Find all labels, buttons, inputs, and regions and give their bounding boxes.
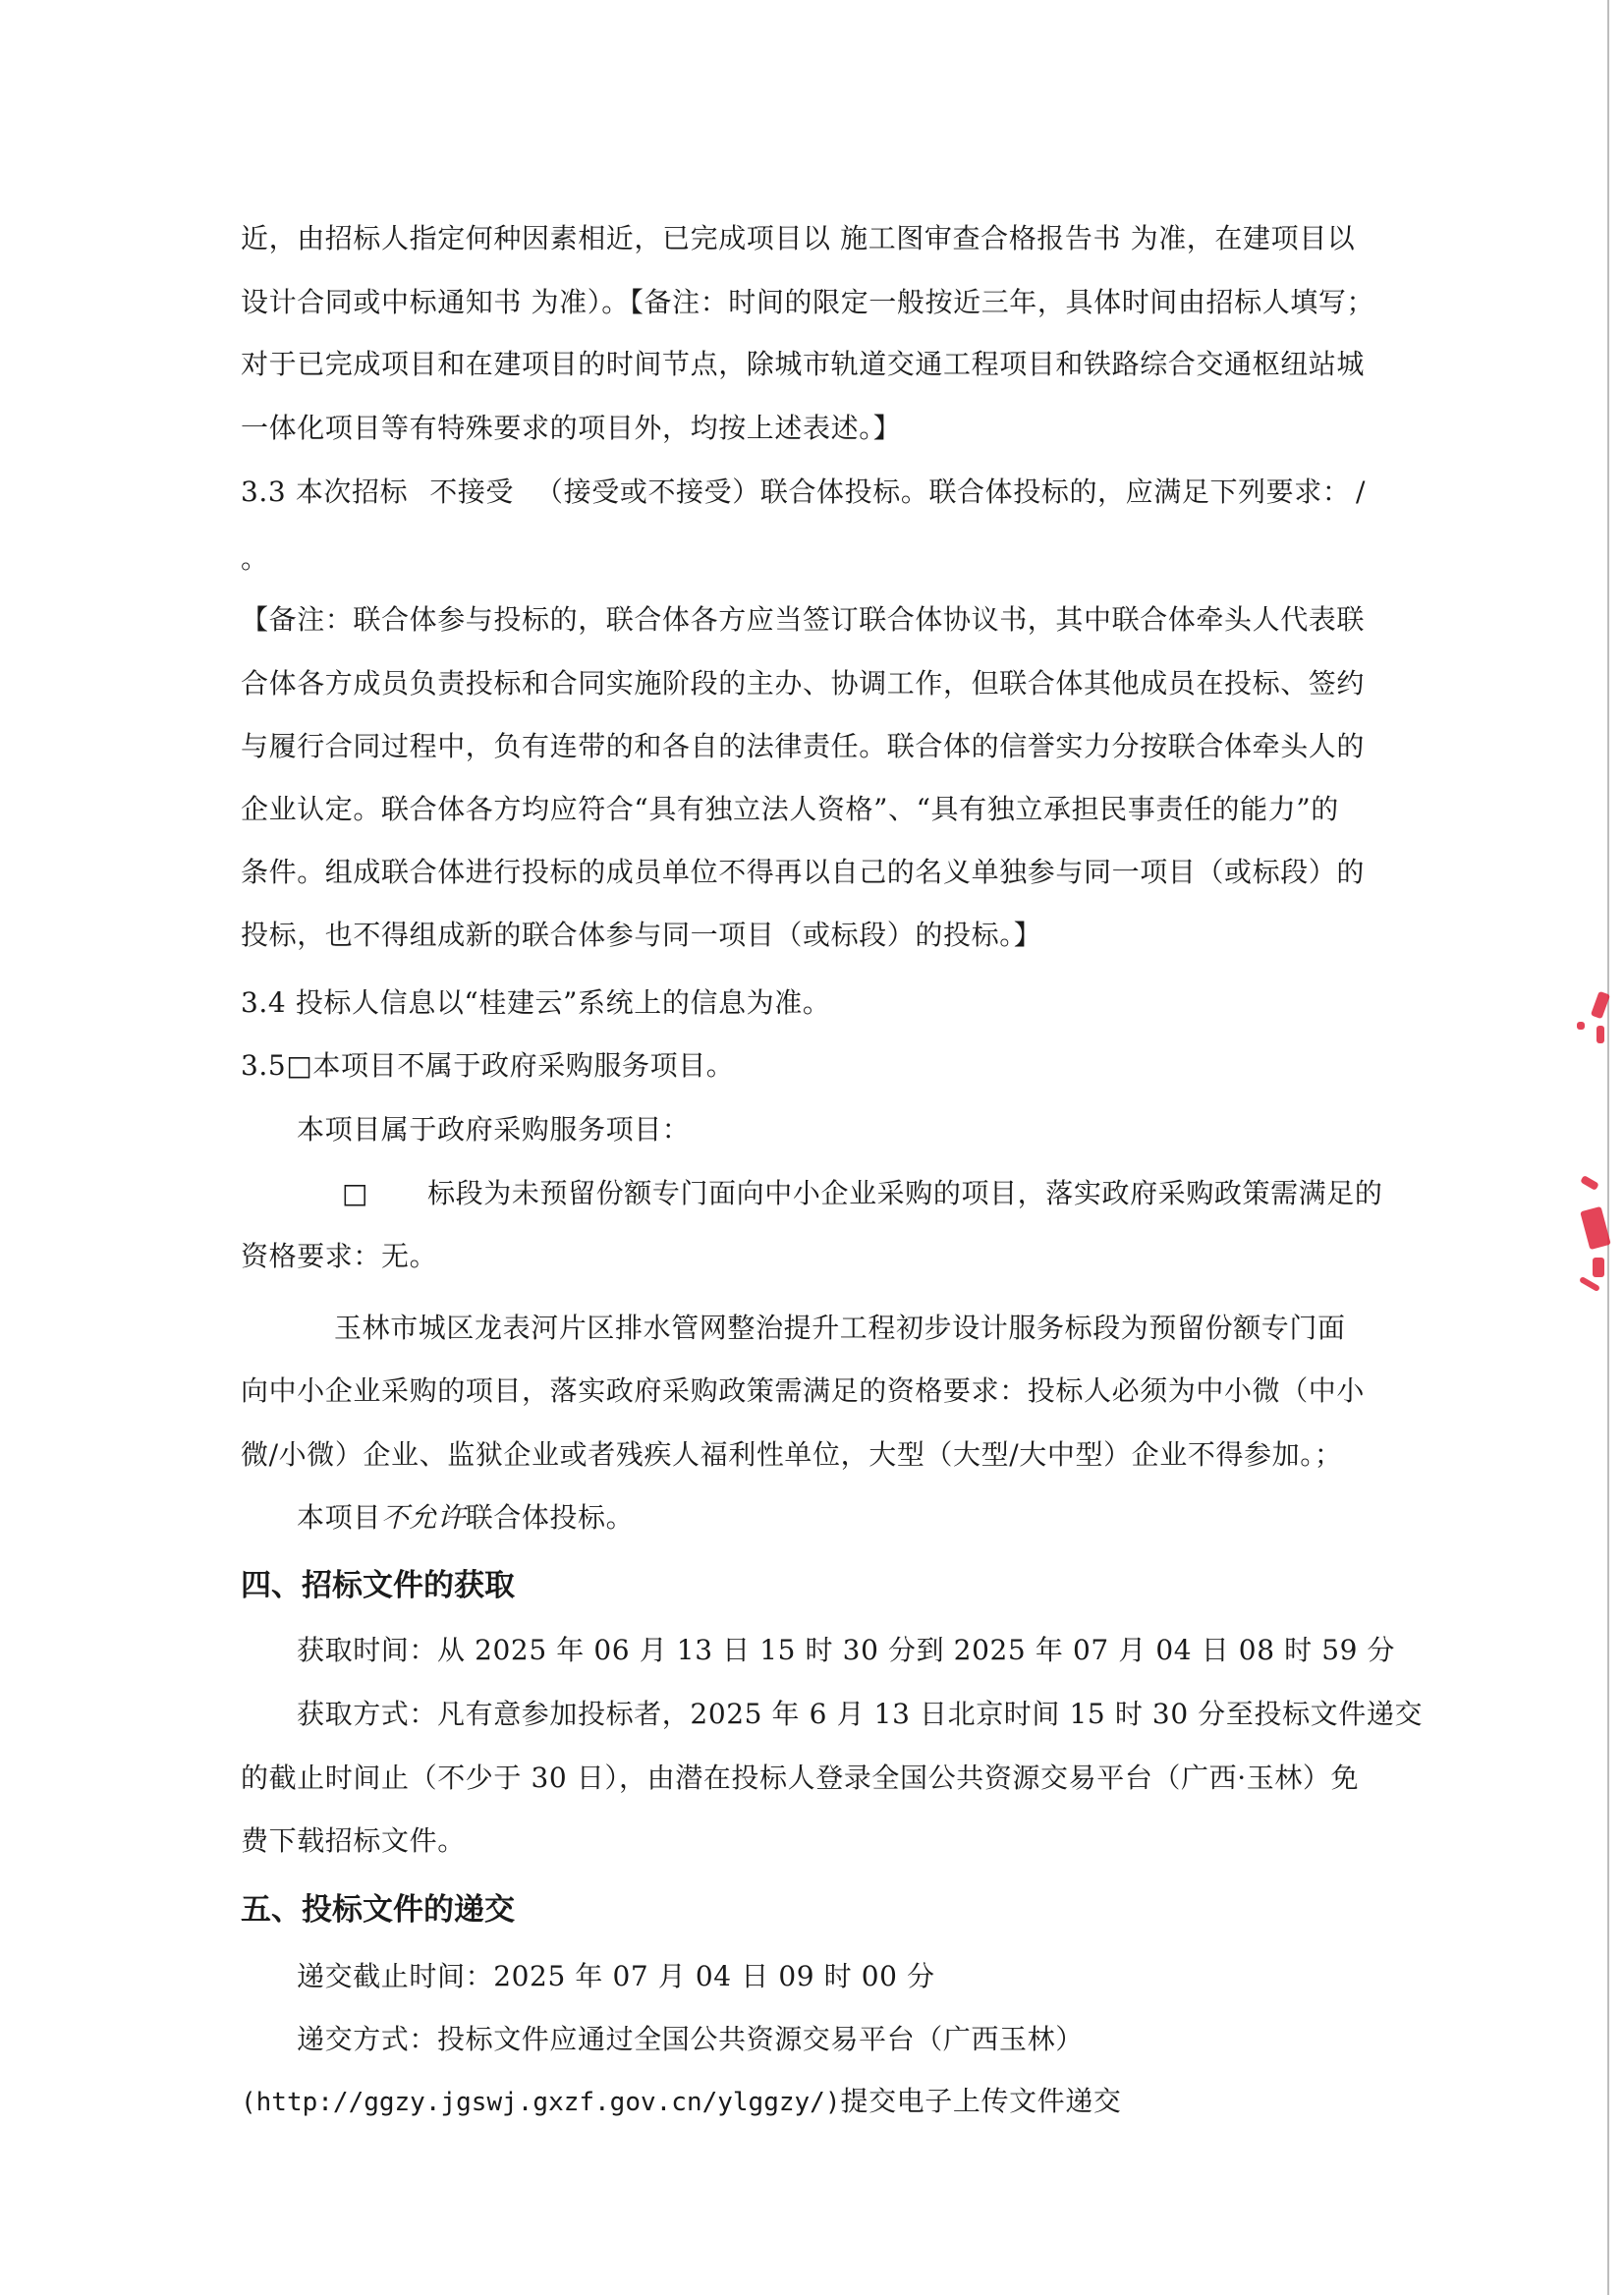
clause-3-3-end: 。 [241, 542, 269, 576]
unreserved-checkbox[interactable]: □ [342, 1177, 368, 1209]
section-4-heading: 四、招标文件的获取 [241, 1567, 515, 1604]
red-seal-stamp-fragment-top [1567, 992, 1608, 1051]
section-5-heading: 五、投标文件的递交 [241, 1891, 515, 1929]
consortium-allowed-value: 不允许 [381, 1501, 466, 1534]
not-gov-procurement-label: 本项目不属于政府采购服务项目。 [312, 1049, 734, 1082]
note-line: 条件。组成联合体进行投标的成员单位不得再以自己的名义单独参与同一项目（或标段）的 [241, 856, 1365, 889]
paragraph-line: 一体化项目等有特殊要求的项目外，均按上述表述。】 [241, 412, 901, 445]
consortium-requirement-value: / [1356, 476, 1366, 509]
red-seal-stamp-fragment-bottom [1567, 1179, 1608, 1307]
scan-page-edge [1607, 0, 1609, 2295]
clause-3-4: 3.4 投标人信息以“桂建云”系统上的信息为准。 [241, 986, 830, 1020]
consortium-line-suffix: 联合体投标。 [466, 1501, 635, 1534]
acquisition-method-line: 获取方式：凡有意参加投标者，2025 年 6 月 13 日北京时间 15 时 3… [297, 1698, 1423, 1731]
note-line: 投标，也不得组成新的联合体参与同一项目（或标段）的投标。】 [241, 919, 1041, 952]
acquisition-time: 获取时间：从 2025 年 06 月 13 日 15 时 30 分到 2025 … [297, 1634, 1395, 1667]
consortium-line-prefix: 本项目 [297, 1501, 381, 1534]
note-line: 合体各方成员负责投标和合同实施阶段的主办、协调工作，但联合体其他成员在投标、签约 [241, 667, 1365, 700]
clause-3-5: 3.5□本项目不属于政府采购服务项目。 [241, 1049, 734, 1083]
submission-method-line2: (http://ggzy.jgswj.gxzf.gov.cn/ylggzy/)提… [241, 2085, 1122, 2119]
reserved-paragraph-line: 微/小微）企业、监狱企业或者残疾人福利性单位，大型（大型/大中型）企业不得参加。… [241, 1438, 1342, 1472]
paragraph-line: 对于已完成项目和在建项目的时间节点，除城市轨道交通工程项目和铁路综合交通枢纽站城 [241, 348, 1365, 381]
acquisition-method-line: 的截止时间止（不少于 30 日），由潜在投标人登录全国公共资源交易平台（广西·玉… [241, 1762, 1359, 1795]
clause-3-3: 3.3 本次招标不接受（接受或不接受）联合体投标。联合体投标的，应满足下列要求：… [241, 476, 1366, 509]
submission-method-suffix: 提交电子上传文件递交 [840, 2085, 1121, 2117]
not-gov-procurement-checkbox[interactable]: □ [286, 1049, 312, 1082]
option-unreserved: □标段为未预留份额专门面向中小企业采购的项目，落实政府采购政策需满足的 [342, 1177, 1382, 1210]
unreserved-label: 标段为未预留份额专门面向中小企业采购的项目，落实政府采购政策需满足的 [427, 1177, 1382, 1209]
submission-deadline: 递交截止时间：2025 年 07 月 04 日 09 时 00 分 [297, 1960, 935, 1993]
clause-3-5-prefix: 3.5 [241, 1049, 286, 1082]
acquisition-method-line: 费下载招标文件。 [241, 1824, 466, 1858]
gov-procurement-label: 本项目属于政府采购服务项目： [297, 1113, 690, 1147]
reserved-paragraph-line: 向中小企业采购的项目，落实政府采购政策需满足的资格要求：投标人必须为中小微（中小 [241, 1374, 1365, 1408]
consortium-accept-value: 不接受 [429, 476, 514, 508]
clause-3-3-suffix: （接受或不接受）联合体投标。联合体投标的，应满足下列要求： [535, 476, 1350, 508]
note-line: 与履行合同过程中，负有连带的和各自的法律责任。联合体的信誉实力分按联合体牵头人的 [241, 730, 1365, 763]
paragraph-line: 近，由招标人指定何种因素相近，已完成项目以 施工图审查合格报告书 为准，在建项目… [241, 222, 1355, 255]
clause-3-3-prefix: 3.3 本次招标 [241, 476, 408, 508]
note-line: 【备注：联合体参与投标的，联合体各方应当签订联合体协议书，其中联合体牵头人代表联 [241, 603, 1365, 637]
submission-method-line: 递交方式：投标文件应通过全国公共资源交易平台（广西玉林） [297, 2023, 1084, 2056]
unreserved-label-cont: 资格要求：无。 [241, 1240, 437, 1273]
consortium-allowed-line: 本项目不允许联合体投标。 [297, 1501, 634, 1535]
paragraph-line: 设计合同或中标通知书 为准）。【备注：时间的限定一般按近三年，具体时间由招标人填… [241, 286, 1374, 319]
note-line: 企业认定。联合体各方均应符合“具有独立法人资格”、“具有独立承担民事责任的能力”… [241, 793, 1339, 826]
platform-url-link[interactable]: (http://ggzy.jgswj.gxzf.gov.cn/ylggzy/) [241, 2088, 840, 2117]
reserved-paragraph-line: 玉林市城区龙表河片区排水管网整治提升工程初步设计服务标段为预留份额专门面 [334, 1312, 1346, 1345]
